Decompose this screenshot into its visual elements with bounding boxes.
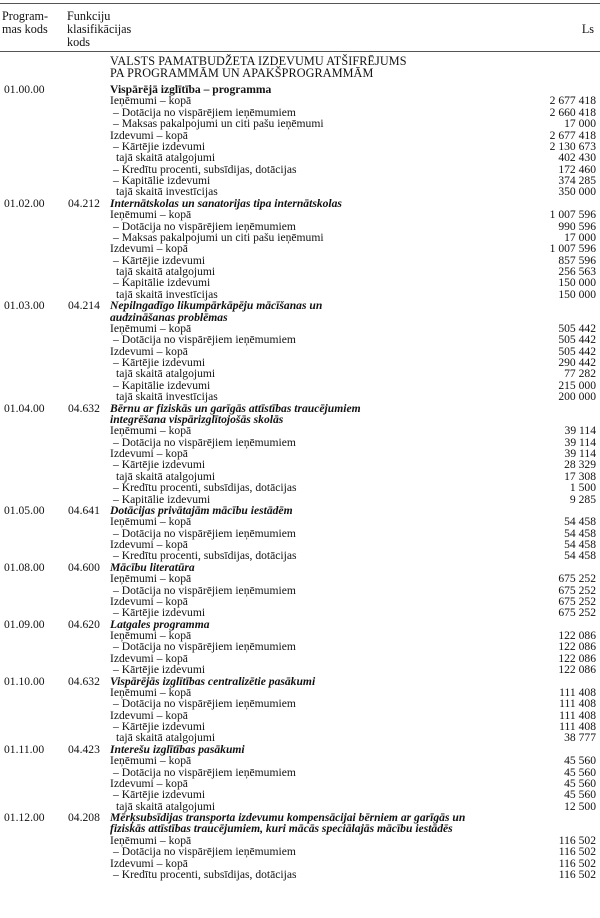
table-row: Ieņēmumi – kopā675 252 <box>0 573 600 584</box>
header-program-code-line: mas kods <box>2 23 60 36</box>
row-value: 45 560 <box>564 789 596 800</box>
table-row: – Dotācija no vispārējiem ieņēmumiem505 … <box>0 334 600 345</box>
row-label: – Kārtējie izdevumi <box>110 664 205 675</box>
table-row: tajā skaitā atalgojumi77 282 <box>0 368 600 379</box>
row-value: 54 458 <box>564 516 596 527</box>
function-code: 04.212 <box>68 198 100 209</box>
table-row: – Maksas pakalpojumi un citi pašu ieņēmu… <box>0 118 600 129</box>
row-label: tajā skaitā investīcijas <box>110 391 218 402</box>
section-title-row: 01.08.0004.600Mācību literatūra <box>0 562 600 573</box>
table-row: – Kārtējie izdevumi122 086 <box>0 664 600 675</box>
table-row: – Kārtējie izdevumi45 560 <box>0 789 600 800</box>
table-row: – Maksas pakalpojumi un citi pašu ieņēmu… <box>0 232 600 243</box>
table-row: – Dotācija no vispārējiem ieņēmumiem54 4… <box>0 528 600 539</box>
table-row: – Dotācija no vispārējiem ieņēmumiem675 … <box>0 585 600 596</box>
budget-table: 01.00.00Vispārējā izglītība – programmaI… <box>0 84 600 880</box>
table-row: Ieņēmumi – kopā116 502 <box>0 835 600 846</box>
program-code: 01.11.00 <box>4 744 44 755</box>
row-value: 116 502 <box>559 846 596 857</box>
section-title-row: 01.10.0004.632Vispārējās izglītības cent… <box>0 676 600 687</box>
function-code: 04.620 <box>68 619 100 630</box>
table-row: Izdevumi – kopā2 677 418 <box>0 130 600 141</box>
table-row: – Kapitālie izdevumi374 285 <box>0 175 600 186</box>
row-value: 1 007 596 <box>550 209 596 220</box>
table-row: – Kārtējie izdevumi675 252 <box>0 607 600 618</box>
row-label: Izdevumi – kopā <box>110 243 188 254</box>
section-title-row: 01.09.0004.620Latgales programma <box>0 619 600 630</box>
program-code: 01.09.00 <box>4 619 45 630</box>
document-title: VALSTS PAMATBUDŽETA IZDEVUMU ATŠIFRĒJUMS… <box>110 55 407 79</box>
row-value: 505 442 <box>558 334 596 345</box>
row-label: tajā skaitā atalgojumi <box>110 152 215 163</box>
program-code: 01.05.00 <box>4 505 45 516</box>
program-code: 01.08.00 <box>4 562 45 573</box>
table-row: Izdevumi – kopā675 252 <box>0 596 600 607</box>
row-value: 122 086 <box>558 664 596 675</box>
table-row: Izdevumi – kopā1 007 596 <box>0 243 600 254</box>
header-rule <box>0 51 600 52</box>
table-row: – Dotācija no vispārējiem ieņēmumiem39 1… <box>0 437 600 448</box>
table-row: Ieņēmumi – kopā122 086 <box>0 630 600 641</box>
function-code: 04.208 <box>68 812 100 823</box>
table-row: – Dotācija no vispārējiem ieņēmumiem45 5… <box>0 767 600 778</box>
table-row: – Kredītu procenti, subsīdijas, dotācija… <box>0 482 600 493</box>
top-rule <box>0 3 600 4</box>
section-title-row: integrēšana vispārizglītojošās skolās <box>0 414 600 425</box>
program-code: 01.10.00 <box>4 676 45 687</box>
function-code: 04.632 <box>68 676 100 687</box>
document-title-line: PA PROGRAMMĀM UN APAKŠPROGRAMMĀM <box>110 67 407 79</box>
table-row: tajā skaitā atalgojumi402 430 <box>0 152 600 163</box>
row-value: 675 252 <box>558 607 596 618</box>
section-title-row: 01.02.0004.212Internātskolas un sanatori… <box>0 198 600 209</box>
table-row: Ieņēmumi – kopā111 408 <box>0 687 600 698</box>
table-row: Izdevumi – kopā505 442 <box>0 346 600 357</box>
row-value: 12 500 <box>564 801 596 812</box>
row-value: 675 252 <box>558 573 596 584</box>
row-value: 1 500 <box>570 482 596 493</box>
row-label: Ieņēmumi – kopā <box>110 209 191 220</box>
row-label: – Kārtējie izdevumi <box>110 607 205 618</box>
table-row: – Kredītu procenti, subsīdijas, dotācija… <box>0 869 600 880</box>
table-row: – Kredītu procenti, subsīdijas, dotācija… <box>0 164 600 175</box>
row-label: Ieņēmumi – kopā <box>110 425 191 436</box>
table-row: Izdevumi – kopā116 502 <box>0 858 600 869</box>
row-label: – Kredītu procenti, subsīdijas, dotācija… <box>110 482 297 493</box>
table-row: Izdevumi – kopā111 408 <box>0 710 600 721</box>
section-title: Nepilngadīgo likumpārkāpēju mācīšanas un <box>110 300 322 311</box>
table-row: – Kapitālie izdevumi215 000 <box>0 380 600 391</box>
table-row: Izdevumi – kopā39 114 <box>0 448 600 459</box>
table-row: – Kārtējie izdevumi857 596 <box>0 255 600 266</box>
row-value: 111 408 <box>559 698 596 709</box>
table-row: Ieņēmumi – kopā54 458 <box>0 516 600 527</box>
row-label: – Dotācija no vispārējiem ieņēmumiem <box>110 334 296 345</box>
budget-page: Program- mas kods Funkciju klasifikācija… <box>0 0 600 918</box>
row-value: 9 285 <box>570 494 596 505</box>
section-title-row: 01.11.0004.423Interešu izglītības pasāku… <box>0 744 600 755</box>
row-label: – Dotācija no vispārējiem ieņēmumiem <box>110 698 296 709</box>
table-row: – Kārtējie izdevumi28 329 <box>0 459 600 470</box>
row-label: – Kredītu procenti, subsīdijas, dotācija… <box>110 869 297 880</box>
row-value: 17 000 <box>564 118 596 129</box>
row-value: 200 000 <box>558 391 596 402</box>
section-title-row: 01.00.00Vispārējā izglītība – programma <box>0 84 600 95</box>
header-program-code: Program- mas kods <box>2 10 60 36</box>
row-label: Ieņēmumi – kopā <box>110 516 191 527</box>
table-row: – Dotācija no vispārējiem ieņēmumiem111 … <box>0 698 600 709</box>
program-code: 01.02.00 <box>4 198 45 209</box>
table-row: – Dotācija no vispārējiem ieņēmumiem116 … <box>0 846 600 857</box>
section-title-row: 01.04.0004.632Bērnu ar fiziskās un garīg… <box>0 403 600 414</box>
program-code: 01.12.00 <box>4 812 45 823</box>
table-row: Ieņēmumi – kopā2 677 418 <box>0 95 600 106</box>
table-row: Ieņēmumi – kopā505 442 <box>0 323 600 334</box>
row-label: Ieņēmumi – kopā <box>110 573 191 584</box>
table-row: Izdevumi – kopā54 458 <box>0 539 600 550</box>
row-value: 38 777 <box>564 732 596 743</box>
table-row: Ieņēmumi – kopā45 560 <box>0 755 600 766</box>
row-value: 350 000 <box>558 186 596 197</box>
row-value: 150 000 <box>558 289 596 300</box>
table-row: tajā skaitā investīcijas200 000 <box>0 391 600 402</box>
function-code: 04.641 <box>68 505 100 516</box>
row-value: 45 560 <box>564 755 596 766</box>
row-label: – Maksas pakalpojumi un citi pašu ieņēmu… <box>110 118 324 129</box>
row-value: 54 458 <box>564 550 596 561</box>
header-function-code-line: kods <box>67 36 147 49</box>
function-code: 04.632 <box>68 403 100 414</box>
function-code: 04.423 <box>68 744 100 755</box>
table-row: Ieņēmumi – kopā39 114 <box>0 425 600 436</box>
section-title-row: 01.03.0004.214Nepilngadīgo likumpārkāpēj… <box>0 300 600 311</box>
program-code: 01.03.00 <box>4 300 45 311</box>
table-row: – Dotācija no vispārējiem ieņēmumiem122 … <box>0 641 600 652</box>
function-code: 04.214 <box>68 300 100 311</box>
section-title-row: fiziskās attīstības traucējumiem, kuri m… <box>0 823 600 834</box>
table-row: tajā skaitā atalgojumi256 563 <box>0 266 600 277</box>
row-value: 402 430 <box>558 152 596 163</box>
section-title-row: audzināšanas problēmas <box>0 312 600 323</box>
table-row: – Kapitālie izdevumi150 000 <box>0 277 600 288</box>
row-value: 39 114 <box>565 425 596 436</box>
table-row: tajā skaitā atalgojumi17 308 <box>0 471 600 482</box>
table-row: – Kārtējie izdevumi290 442 <box>0 357 600 368</box>
header-function-code: Funkciju klasifikācijas kods <box>67 10 147 49</box>
row-label: Ieņēmumi – kopā <box>110 755 191 766</box>
row-value: 1 007 596 <box>550 243 596 254</box>
program-code: 01.00.00 <box>4 84 45 95</box>
row-label: – Kārtējie izdevumi <box>110 789 205 800</box>
row-value: 116 502 <box>559 869 596 880</box>
table-row: Izdevumi – kopā122 086 <box>0 653 600 664</box>
section-title-row: 01.05.0004.641Dotācijas privātajām mācīb… <box>0 505 600 516</box>
row-label: – Dotācija no vispārējiem ieņēmumiem <box>110 846 296 857</box>
table-row: – Kārtējie izdevumi2 130 673 <box>0 141 600 152</box>
function-code: 04.600 <box>68 562 100 573</box>
program-code: 01.04.00 <box>4 403 45 414</box>
table-row: Ieņēmumi – kopā1 007 596 <box>0 209 600 220</box>
table-row: – Kārtējie izdevumi111 408 <box>0 721 600 732</box>
header-unit: Ls <box>582 23 594 36</box>
table-row: Izdevumi – kopā45 560 <box>0 778 600 789</box>
